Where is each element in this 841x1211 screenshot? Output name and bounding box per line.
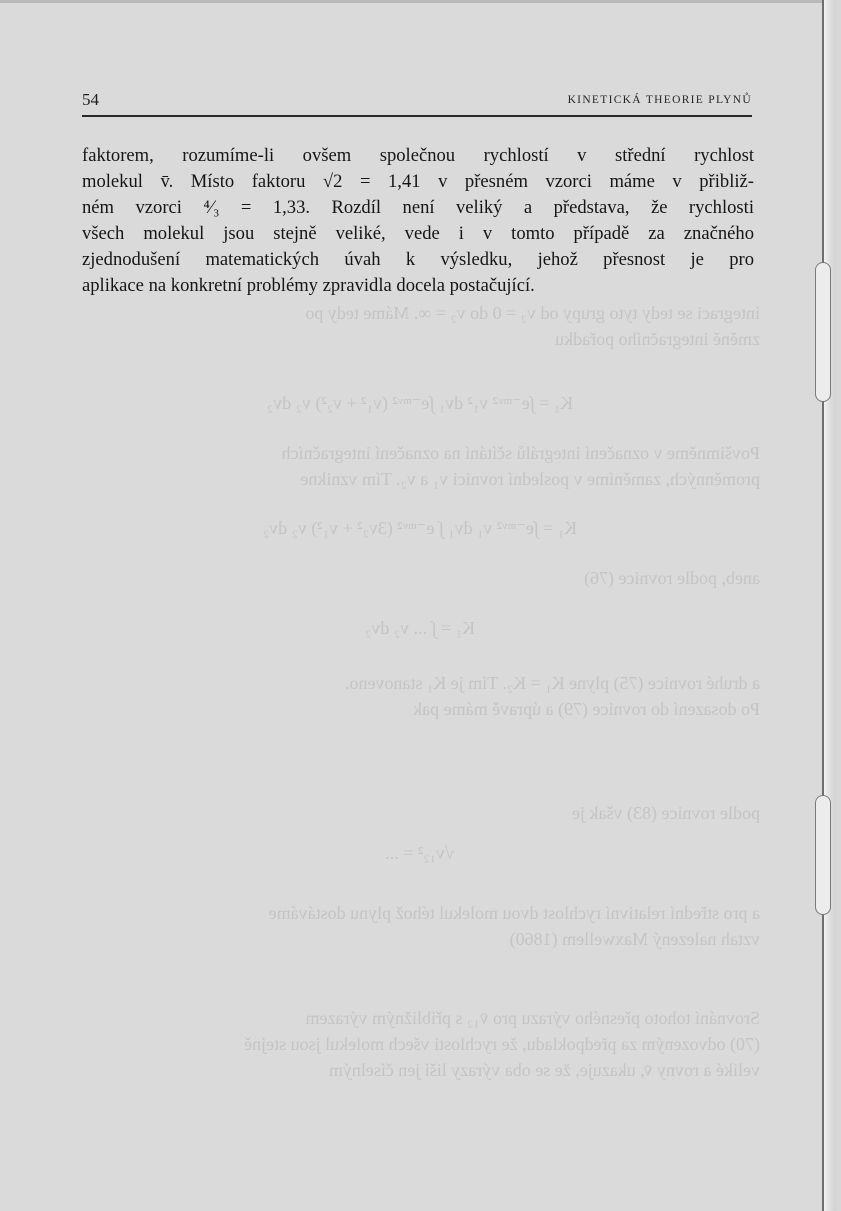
book-page: integraci se tedy tyto grupy od v₂ = 0 d…: [0, 0, 822, 1211]
bleed-line: podle rovnice (83) však je: [80, 800, 760, 826]
bleed-through-text: aneb, podle rovnice (76): [80, 565, 760, 591]
bleed-line: a pro střední relativní rychlost dvou mo…: [80, 900, 760, 926]
text-line: aplikace na konkretní problémy zpravidla…: [82, 273, 754, 299]
text-line: ném vzorci ⁴⁄₃ = 1,33. Rozdíl není velik…: [82, 195, 754, 221]
bleed-line: √v₁₂² = ...: [80, 840, 760, 866]
header-rule: [82, 115, 752, 117]
bleed-through-equation: √v₁₂² = ...: [80, 840, 760, 866]
bleed-line: (70) odvozeným za předpokladu, že rychlo…: [80, 1031, 760, 1057]
book-spine: [822, 0, 841, 1211]
binding-stitch: [815, 795, 831, 915]
bleed-through-text: integraci se tedy tyto grupy od v₂ = 0 d…: [80, 300, 760, 352]
bleed-through-text: Srovnání tohoto přesného výrazu pro v̄₁₂…: [80, 1005, 760, 1083]
text-line: molekul v̄. Místo faktoru √2 = 1,41 v př…: [82, 169, 754, 195]
bleed-line: Povšimněme v označení integrálů sčítání …: [80, 440, 760, 466]
bleed-line: K₁ = ∫e⁻ᵐᵛ² v₁ dv₁ ∫ e⁻ᵐᵛ² (3v₂² + v₁²) …: [80, 515, 760, 541]
page-header: 54 KINETICKÁ THEORIE PLYNŮ: [82, 90, 752, 112]
bleed-through-text: a pro střední relativní rychlost dvou mo…: [80, 900, 760, 952]
text-line: faktorem, rozumíme-li ovšem společnou ry…: [82, 143, 754, 169]
bleed-line: změně integračního pořadku: [80, 326, 760, 352]
bleed-line: integraci se tedy tyto grupy od v₂ = 0 d…: [80, 300, 760, 326]
bleed-through-equation: K₁ = ∫ ... v₂ dv₂: [80, 615, 760, 641]
bleed-through-text: a druhé rovnice (75) plyne K₁ = K₂. Tím …: [80, 670, 760, 722]
running-head: KINETICKÁ THEORIE PLYNŮ: [568, 94, 752, 106]
bleed-through-equation: K₁ = ∫e⁻ᵐᵛ² v₁² dv₁ ∫e⁻ᵐᵛ² (v₁² + v₂²) v…: [80, 390, 760, 416]
text-line: zjednodušení matematických úvah k výsled…: [82, 247, 754, 273]
bleed-line: a druhé rovnice (75) plyne K₁ = K₂. Tím …: [80, 670, 760, 696]
body-paragraph: faktorem, rozumíme-li ovšem společnou ry…: [82, 143, 754, 299]
bleed-line: proměnných, zaměníme v poslední rovnici …: [80, 466, 760, 492]
spine-edge-line: [822, 0, 824, 1211]
page-top-edge: [0, 0, 822, 3]
binding-stitch: [815, 262, 831, 402]
bleed-line: vztah nalezený Maxwellem (1860): [80, 926, 760, 952]
text-line: všech molekul jsou stejně veliké, vede i…: [82, 221, 754, 247]
bleed-through-equation: K₁ = ∫e⁻ᵐᵛ² v₁ dv₁ ∫ e⁻ᵐᵛ² (3v₂² + v₁²) …: [80, 515, 760, 541]
bleed-line: aneb, podle rovnice (76): [80, 565, 760, 591]
bleed-line: veliké a rovny v̄, ukazuje, že se oba vý…: [80, 1057, 760, 1083]
page-number: 54: [82, 90, 99, 110]
bleed-line: K₁ = ∫e⁻ᵐᵛ² v₁² dv₁ ∫e⁻ᵐᵛ² (v₁² + v₂²) v…: [80, 390, 760, 416]
bleed-line: K₁ = ∫ ... v₂ dv₂: [80, 615, 760, 641]
bleed-through-text: podle rovnice (83) však je: [80, 800, 760, 826]
bleed-line: Srovnání tohoto přesného výrazu pro v̄₁₂…: [80, 1005, 760, 1031]
bleed-through-text: Povšimněme v označení integrálů sčítání …: [80, 440, 760, 492]
bleed-line: Po dosazení do rovnice (79) a úpravě mám…: [80, 696, 760, 722]
